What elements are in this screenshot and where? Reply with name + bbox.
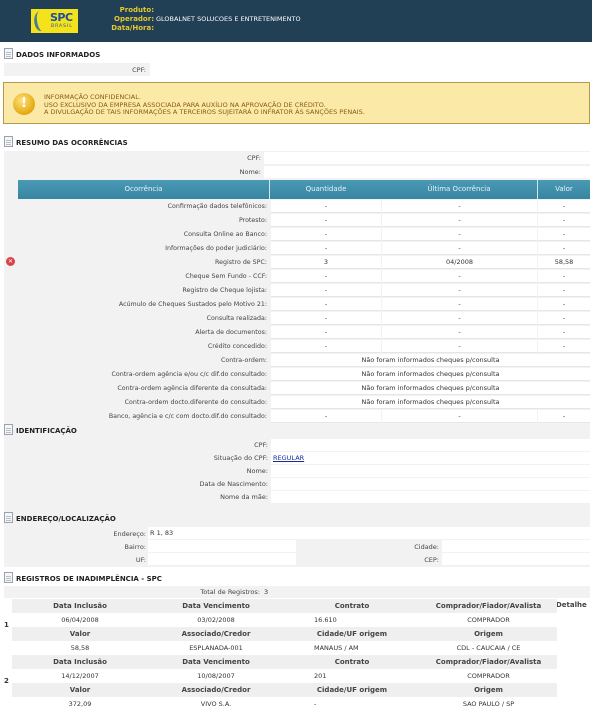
occurrence-name: Banco, agência e c/c com docto.dif.do co…	[18, 410, 270, 424]
occurrence-valor: -	[538, 410, 590, 423]
col-ocorrencia: Ocorrência	[18, 180, 270, 199]
credor: ESPLANADA-001	[148, 641, 284, 655]
identificacao-field-label: Data de Nascimento:	[14, 480, 268, 488]
hdr-data-vencimento: Data Vencimento	[148, 599, 284, 613]
confidential-warning: ! INFORMAÇÃO CONFIDENCIAL. USO EXCLUSIVO…	[3, 82, 590, 124]
contrato: 16.610	[284, 613, 420, 627]
occurrence-ultima: -	[382, 284, 537, 297]
section-dados-informados: DADOS INFORMADOS	[4, 48, 100, 62]
total-registros-value: 3	[264, 588, 268, 596]
occurrence-row: Contra-ordem docto.diferente do consulta…	[18, 396, 590, 410]
occurrence-name: Alerta de documentos:	[18, 326, 270, 340]
logo-subtext: BRASIL	[51, 24, 73, 29]
occurrence-name: Contra-ordem:	[18, 354, 270, 368]
document-icon	[4, 424, 13, 435]
registro-header-row: ValorAssociado/CredorCidade/UF origemOri…	[12, 683, 557, 697]
dados-cpf-label: CPF:	[4, 66, 146, 74]
occurrence-ultima: 04/2008	[382, 256, 537, 269]
occurrence-name: Contra-ordem docto.diferente do consulta…	[18, 396, 270, 410]
spc-brasil-logo: SPC BRASIL	[31, 9, 78, 33]
occurrence-row: Contra-ordem agência diferente da consul…	[18, 382, 590, 396]
occurrence-ultima: -	[382, 214, 537, 227]
occurrence-quantidade: -	[271, 284, 381, 297]
identificacao-field-label: Situação do CPF:	[14, 454, 268, 462]
hdr-origem: Origem	[420, 627, 557, 641]
occurrence-quantidade: -	[271, 340, 381, 353]
col-valor: Valor	[537, 180, 590, 199]
alert-icon: ✕	[6, 257, 15, 266]
occurrence-ultima: -	[382, 228, 537, 241]
occurrence-row: Registro de SPC:304/200858,58	[18, 256, 590, 270]
cidade-value	[442, 540, 590, 552]
registro-header-row: Data InclusãoData VencimentoContratoComp…	[12, 655, 557, 669]
occurrence-row: Alerta de documentos:---	[18, 326, 590, 340]
registro-value-row: 372,09VIVO S.A.-SAO PAULO / SP	[12, 697, 557, 711]
exclamation-icon: !	[13, 93, 35, 115]
hdr-credor: Associado/Credor	[148, 627, 284, 641]
cidade-uf: -	[284, 697, 420, 711]
occurrence-valor: -	[538, 340, 590, 353]
registro-value-row: 06/04/200803/02/200816.610COMPRADOR	[12, 613, 557, 627]
document-icon	[4, 136, 13, 147]
hdr-contrato: Contrato	[284, 599, 420, 613]
valor: 58,58	[12, 641, 148, 655]
section-title: RESUMO DAS OCORRÊNCIAS	[16, 139, 128, 147]
occurrence-merged-value: Não foram informados cheques p/consulta	[271, 396, 590, 409]
occurrence-row: Acúmulo de Cheques Sustados pelo Motivo …	[18, 298, 590, 312]
identificacao-field-label: Nome da mãe:	[14, 493, 268, 501]
occurrence-ultima: -	[382, 326, 537, 339]
resumo-nome-label: Nome:	[4, 168, 261, 176]
datahora-label: Data/Hora:	[104, 24, 154, 33]
occurrence-row: Contra-ordem agência e/ou c/c dif.do con…	[18, 368, 590, 382]
occurrence-valor: -	[538, 200, 590, 213]
occurrence-quantidade: -	[271, 270, 381, 283]
occurrence-valor: 58,58	[538, 256, 590, 269]
occurrence-quantidade: -	[271, 228, 381, 241]
occurrence-quantidade: -	[271, 312, 381, 325]
header-bar: SPC BRASIL Produto: Operador: Data/Hora:…	[0, 0, 592, 42]
occurrence-merged-value: Não foram informados cheques p/consulta	[271, 354, 590, 367]
section-title: ENDEREÇO/LOCALIZAÇÃO	[16, 515, 116, 523]
identificacao-field-label: Nome:	[14, 467, 268, 475]
occurrence-name: Confirmação dados telefônicos:	[18, 200, 270, 214]
registro-header-row: ValorAssociado/CredorCidade/UF origemOri…	[12, 627, 557, 641]
identificacao-field-value	[271, 478, 590, 490]
occurrence-merged-value: Não foram informados cheques p/consulta	[271, 368, 590, 381]
identificacao-field-value: REGULAR	[271, 452, 590, 464]
occurrence-row: Banco, agência e c/c com docto.dif.do co…	[18, 410, 590, 424]
occurrence-name: Crédito concedido:	[18, 340, 270, 354]
hdr-data-inclusao: Data Inclusão	[12, 655, 148, 669]
valor: 372,09	[12, 697, 148, 711]
occurrence-row: Consulta realizada:---	[18, 312, 590, 326]
resumo-cpf-label: CPF:	[4, 154, 261, 162]
section-registros: REGISTROS DE INADIMPLÊNCIA - SPC	[4, 572, 162, 586]
bairro-value	[148, 540, 296, 552]
occurrence-ultima: -	[382, 200, 537, 213]
datahora-value	[156, 24, 301, 33]
operador-label: Operador:	[104, 15, 154, 24]
occurrence-valor: -	[538, 228, 590, 241]
registro-number: 1	[4, 621, 9, 629]
occurrence-ultima: -	[382, 410, 537, 423]
occurrence-row: Confirmação dados telefônicos:---	[18, 200, 590, 214]
occurrence-ultima: -	[382, 340, 537, 353]
origem: CDL - CAUCAIA / CE	[420, 641, 557, 655]
occurrence-quantidade: -	[271, 200, 381, 213]
occurrence-valor: -	[538, 284, 590, 297]
hdr-valor: Valor	[12, 683, 148, 697]
occurrence-name: Contra-ordem agência diferente da consul…	[18, 382, 270, 396]
occurrence-valor: -	[538, 312, 590, 325]
occurrence-name: Acúmulo de Cheques Sustados pelo Motivo …	[18, 298, 270, 312]
occurrence-quantidade: 3	[271, 256, 381, 269]
cep-value	[442, 553, 590, 565]
occurrence-merged-value: Não foram informados cheques p/consulta	[271, 382, 590, 395]
identificacao-field-value	[271, 491, 590, 503]
occurrence-name: Consulta realizada:	[18, 312, 270, 326]
occurrence-ultima: -	[382, 242, 537, 255]
col-detalhe: Detalhe	[556, 601, 587, 609]
cep-label: CEP:	[300, 556, 439, 564]
section-endereco: ENDEREÇO/LOCALIZAÇÃO	[4, 512, 116, 526]
occurrence-quantidade: -	[271, 214, 381, 227]
occurrence-quantidade: -	[271, 242, 381, 255]
resumo-nome-value	[264, 166, 590, 178]
occurrence-name: Consulta Online ao Banco:	[18, 228, 270, 242]
hdr-comprador: Comprador/Fiador/Avalista	[420, 599, 557, 613]
registro-header-row: Data InclusãoData VencimentoContratoComp…	[12, 599, 557, 613]
bairro-label: Bairro:	[4, 543, 146, 551]
occurrence-name: Protesto:	[18, 214, 270, 228]
occurrence-ultima: -	[382, 312, 537, 325]
occurrence-quantidade: -	[271, 410, 381, 423]
col-ultima-ocorrencia: Última Ocorrência	[381, 180, 537, 199]
occurrence-row: Crédito concedido:---	[18, 340, 590, 354]
identificacao-field-value	[271, 439, 590, 451]
total-registros-label: Total de Registros:	[4, 588, 260, 596]
occurrence-name: Registro de Cheque lojista:	[18, 284, 270, 298]
cidade-uf: MANAUS / AM	[284, 641, 420, 655]
occurrence-row: Registro de Cheque lojista:---	[18, 284, 590, 298]
logo-swoosh-icon	[32, 10, 51, 33]
occurrence-name: Contra-ordem agência e/ou c/c dif.do con…	[18, 368, 270, 382]
hdr-cidade-uf: Cidade/UF origem	[284, 627, 420, 641]
occurrence-valor: -	[538, 298, 590, 311]
occurrence-valor: -	[538, 270, 590, 283]
uf-label: UF:	[4, 556, 146, 564]
resumo-cpf-value	[264, 152, 590, 164]
occurrence-quantidade: -	[271, 326, 381, 339]
occurrence-quantidade: -	[271, 298, 381, 311]
occurrence-valor: -	[538, 326, 590, 339]
cidade-label: Cidade:	[300, 543, 439, 551]
occurrence-name: Cheque Sem Fundo - CCF:	[18, 270, 270, 284]
document-icon	[4, 572, 13, 583]
occurrence-name: Registro de SPC:	[18, 256, 270, 270]
data-vencimento: 10/08/2007	[148, 669, 284, 683]
endereco-value: R 1, 83	[148, 527, 590, 539]
document-icon	[4, 48, 13, 59]
comprador: COMPRADOR	[420, 669, 557, 683]
dados-cpf-value	[150, 63, 296, 76]
origem: SAO PAULO / SP	[420, 697, 557, 711]
col-quantidade: Quantidade	[271, 180, 381, 199]
identificacao-field-value	[271, 465, 590, 477]
endereco-label: Endereço:	[4, 530, 146, 538]
data-inclusao: 14/12/2007	[12, 669, 148, 683]
section-title: DADOS INFORMADOS	[16, 51, 100, 59]
section-title: REGISTROS DE INADIMPLÊNCIA - SPC	[16, 575, 162, 583]
section-title: IDENTIFICAÇÃO	[16, 427, 77, 435]
occurrence-row: Contra-ordem:Não foram informados cheque…	[18, 354, 590, 368]
hdr-cidade-uf: Cidade/UF origem	[284, 683, 420, 697]
produto-label: Produto:	[104, 6, 154, 15]
registro-value-row: 58,58ESPLANADA-001MANAUS / AMCDL - CAUCA…	[12, 641, 557, 655]
registro-number: 2	[4, 677, 9, 685]
occurrence-row: Consulta Online ao Banco:---	[18, 228, 590, 242]
occurrence-ultima: -	[382, 298, 537, 311]
hdr-comprador: Comprador/Fiador/Avalista	[420, 655, 557, 669]
operador-value: GLOBALNET SOLUCOES E ENTRETENIMENTO	[156, 15, 301, 24]
hdr-origem: Origem	[420, 683, 557, 697]
credor: VIVO S.A.	[148, 697, 284, 711]
hdr-valor: Valor	[12, 627, 148, 641]
hdr-credor: Associado/Credor	[148, 683, 284, 697]
occurrence-row: Protesto:---	[18, 214, 590, 228]
occurrence-name: Informações do poder judiciário:	[18, 242, 270, 256]
section-identificacao: IDENTIFICAÇÃO	[4, 424, 77, 438]
occurrence-valor: -	[538, 242, 590, 255]
hdr-contrato: Contrato	[284, 655, 420, 669]
produto-value	[156, 6, 301, 15]
hdr-data-vencimento: Data Vencimento	[148, 655, 284, 669]
registro-value-row: 14/12/200710/08/2007201COMPRADOR	[12, 669, 557, 683]
contrato: 201	[284, 669, 420, 683]
warning-line-3: A DIVULGAÇÃO DE TAIS INFORMAÇÕES A TERCE…	[44, 109, 365, 117]
occurrence-ultima: -	[382, 270, 537, 283]
hdr-data-inclusao: Data Inclusão	[12, 599, 148, 613]
data-vencimento: 03/02/2008	[148, 613, 284, 627]
situacao-cpf-link[interactable]: REGULAR	[273, 454, 304, 462]
section-resumo: RESUMO DAS OCORRÊNCIAS	[4, 136, 128, 150]
comprador: COMPRADOR	[420, 613, 557, 627]
document-icon	[4, 512, 13, 523]
identificacao-field-label: CPF:	[14, 441, 268, 449]
occurrences-table-header: Ocorrência Quantidade Última Ocorrência …	[18, 180, 590, 199]
uf-value	[148, 553, 296, 565]
occurrence-row: Cheque Sem Fundo - CCF:---	[18, 270, 590, 284]
logo-text: SPC	[50, 11, 73, 24]
occurrence-row: Informações do poder judiciário:---	[18, 242, 590, 256]
data-inclusao: 06/04/2008	[12, 613, 148, 627]
occurrence-valor: -	[538, 214, 590, 227]
